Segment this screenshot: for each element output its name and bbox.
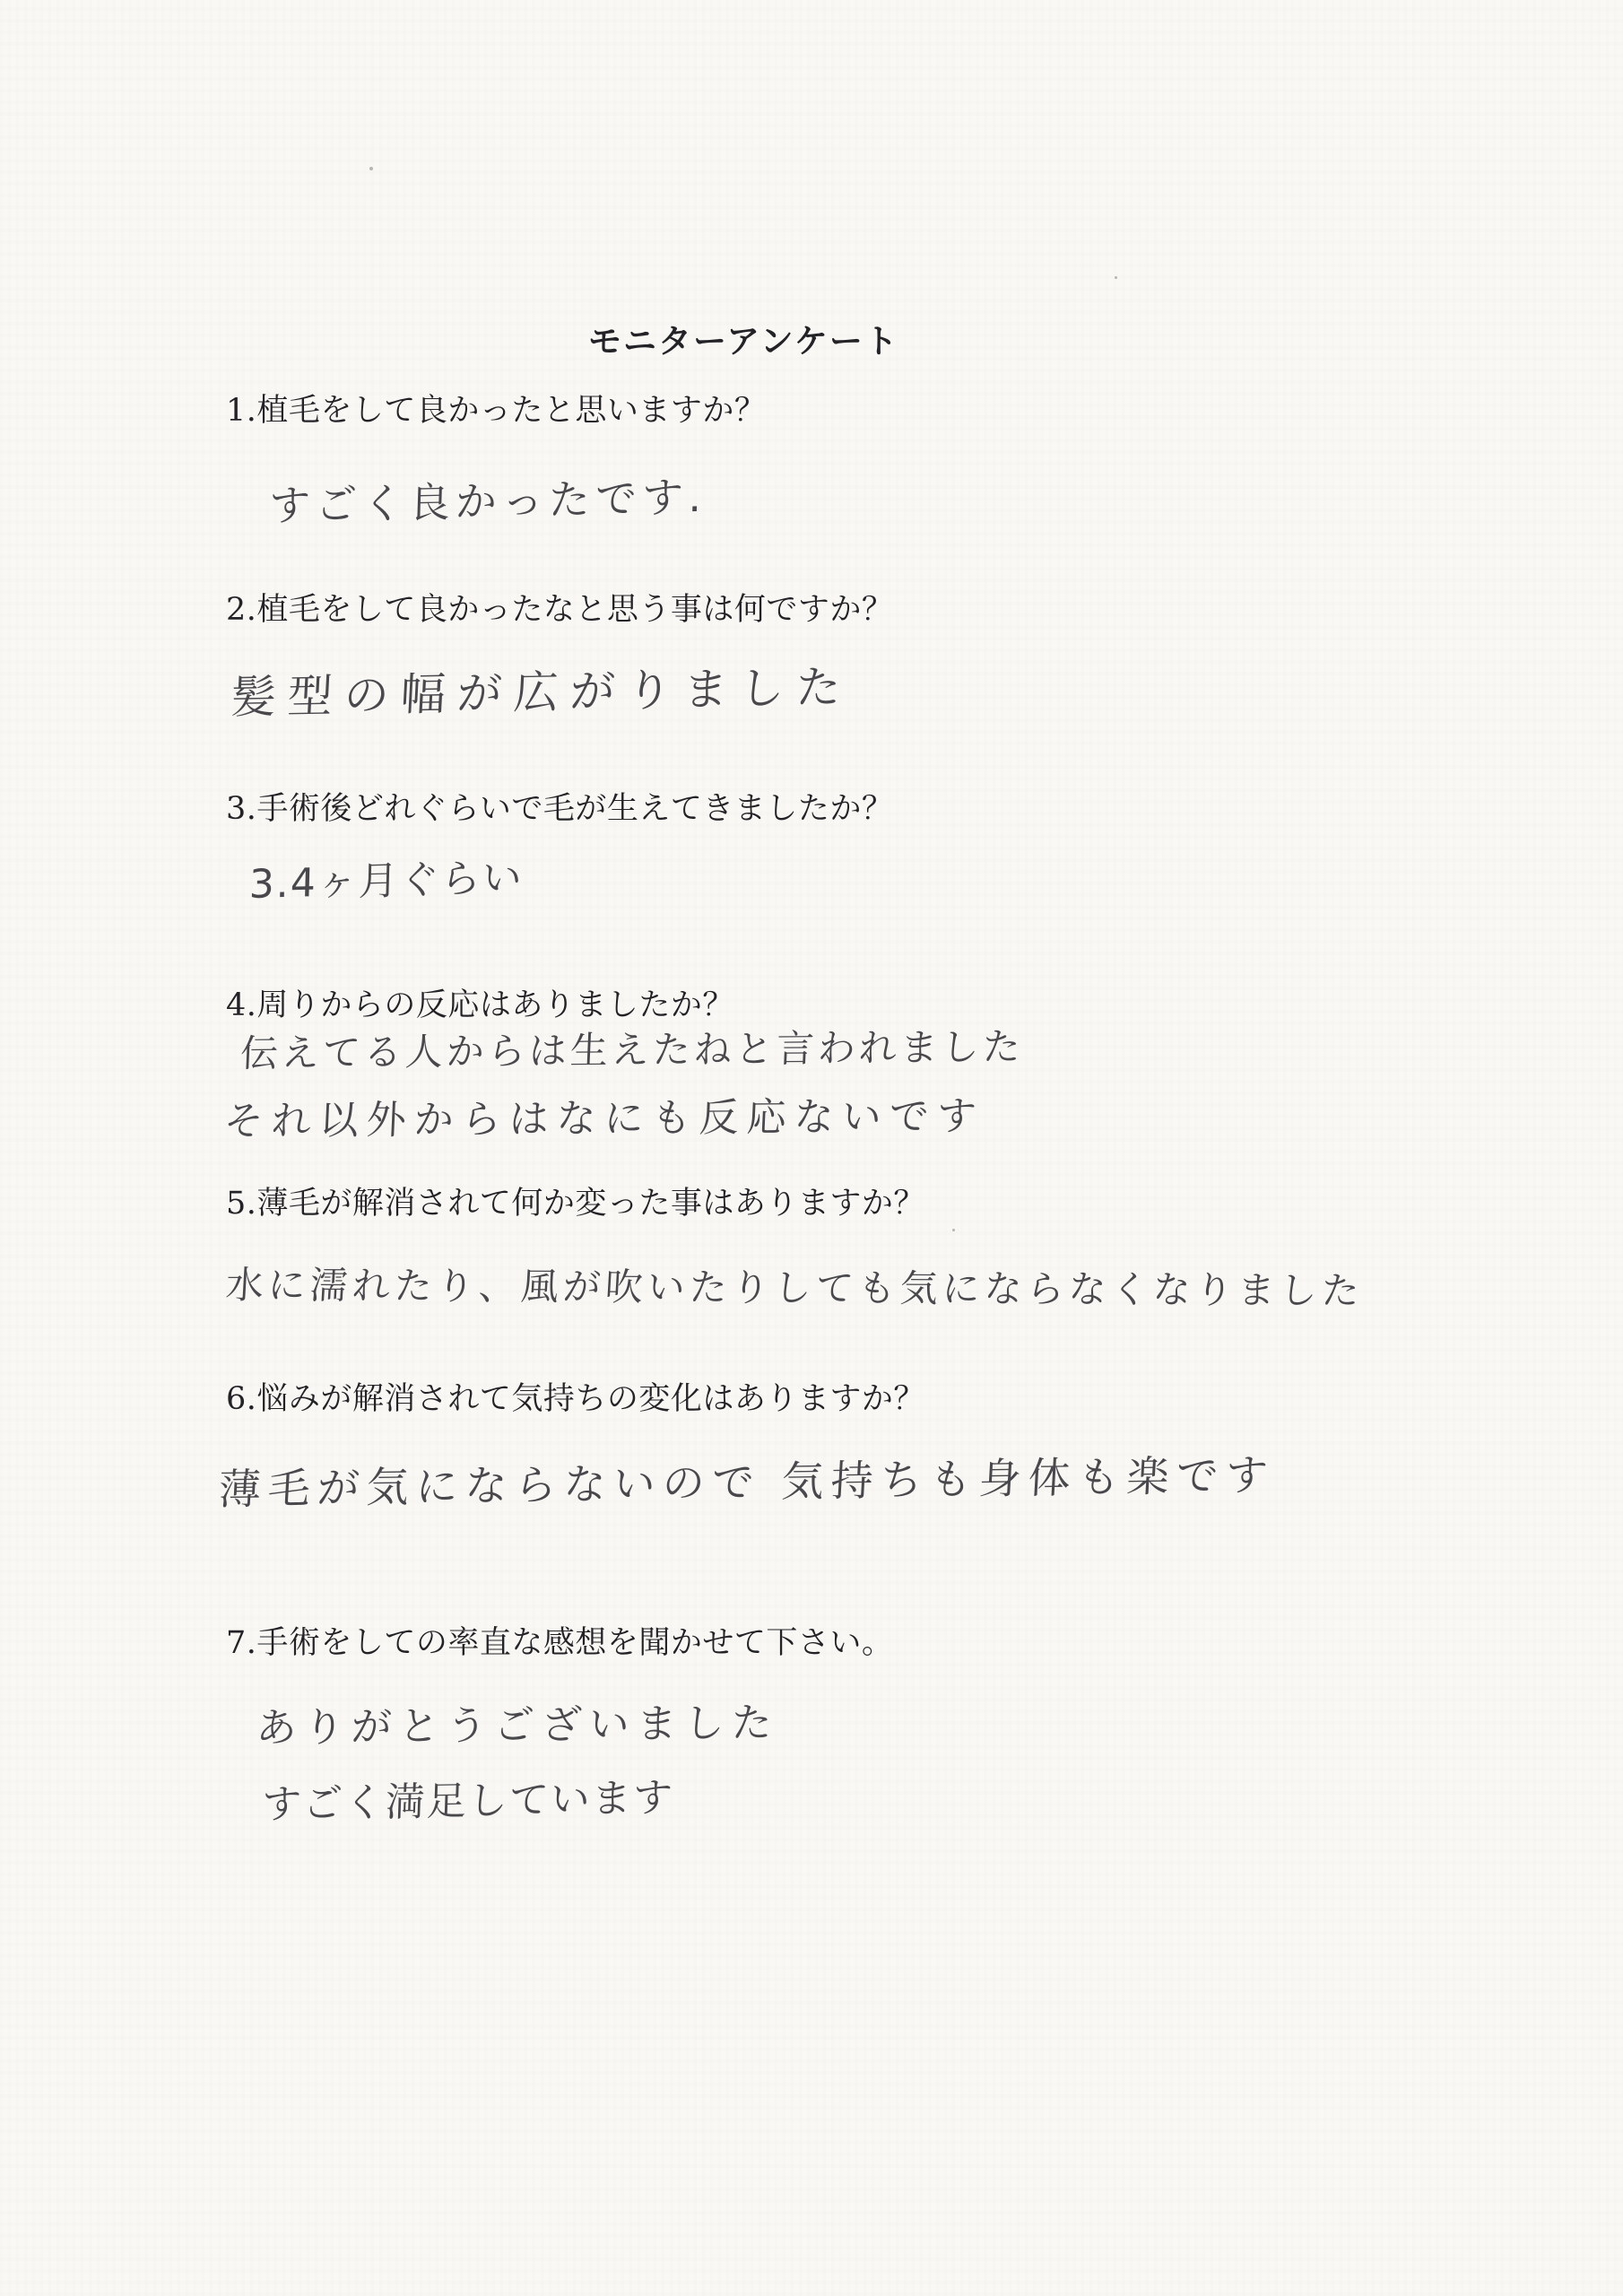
answer-2-handwriting: 髪型の幅が広がりました — [230, 651, 855, 726]
answer-7-handwriting-line-2: すごく満足しています — [261, 1765, 675, 1830]
question-5: 5.薄毛が解消されて何か変った事はありますか？ — [226, 1186, 925, 1222]
answer-4-handwriting-line-1: 伝えてる人からは生えたねと言われました — [239, 1017, 1026, 1078]
question-4: 4.周りからの反応はありましたか？ — [226, 987, 734, 1023]
question-6: 6.悩みが解消されて気持ちの変化はありますか？ — [226, 1381, 925, 1417]
answer-7-handwriting-line-1: ありがとうございました — [256, 1690, 781, 1753]
page-title: モニターアンケート — [588, 314, 899, 362]
question-7: 7.手術をしての率直な感想を聞かせて下さい。 — [226, 1625, 893, 1661]
answer-5-handwriting: 水に濡れたり、風が吹いたりしても気にならなくなりました — [224, 1256, 1365, 1316]
answer-6-handwriting: 薄毛が気にならないので 気持ちも身体も楽です — [217, 1442, 1277, 1518]
scanned-survey-page: モニターアンケート 1.植毛をして良かったと思いますか？ すごく良かったです. … — [0, 0, 1623, 2296]
scan-speckle — [1115, 276, 1117, 279]
answer-4-handwriting-line-2: それ以外からはなにも反応ないです — [223, 1083, 986, 1146]
scan-speckle — [369, 167, 373, 170]
question-2: 2.植毛をして良かったなと思う事は何ですか？ — [226, 592, 893, 628]
scan-speckle — [952, 1229, 955, 1231]
question-3: 3.手術後どれぐらいで毛が生えてきましたか？ — [226, 791, 893, 827]
answer-1-handwriting: すごく良かったです. — [268, 465, 708, 533]
answer-3-handwriting: 3.4ヶ月ぐらい — [248, 845, 525, 909]
question-1: 1.植毛をして良かったと思いますか？ — [226, 393, 766, 429]
